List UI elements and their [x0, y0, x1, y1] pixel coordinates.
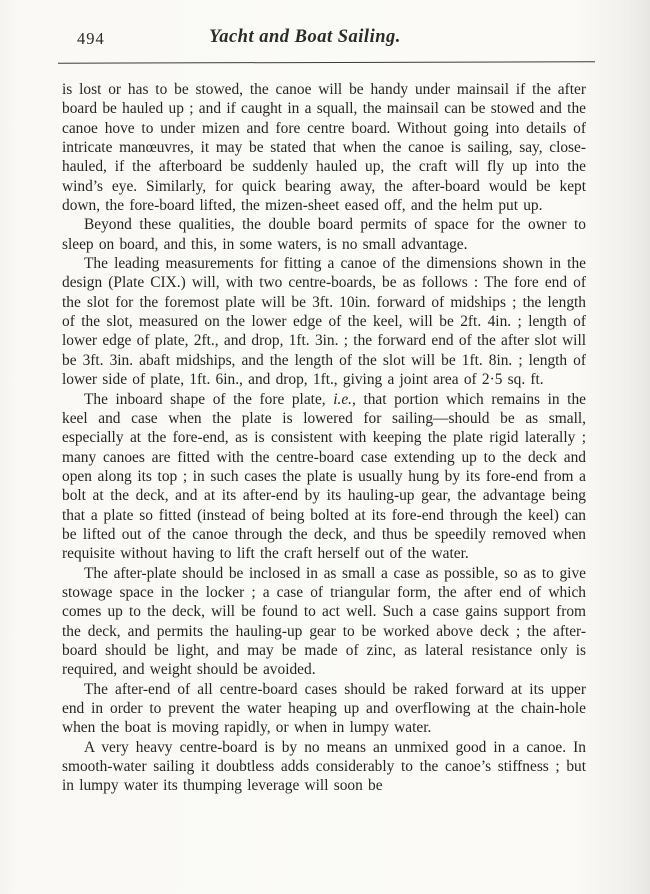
paragraph: Beyond these qualities, the double board… [62, 215, 586, 254]
paragraph: A very heavy centre-board is by no means… [62, 738, 586, 796]
text-run: The leading measurements for fitting a c… [62, 255, 586, 388]
paragraph: is lost or has to be stowed, the canoe w… [62, 80, 586, 215]
text-run: A very heavy centre-board is by no means… [62, 739, 586, 795]
paragraph: The leading measurements for fitting a c… [62, 254, 586, 389]
page-header: 494 Yacht and Boat Sailing. [62, 27, 588, 51]
running-title: Yacht and Boat Sailing. [62, 27, 548, 48]
paragraph: The inboard shape of the fore plate, i.e… [62, 390, 586, 564]
text-run: The after-end of all centre-board cases … [62, 681, 586, 737]
text-run: The after-plate should be inclosed in as… [62, 565, 586, 679]
text-run: Beyond these qualities, the double board… [62, 216, 586, 252]
book-page: 494 Yacht and Boat Sailing. is lost or h… [0, 0, 650, 894]
page-body: is lost or has to be stowed, the canoe w… [62, 80, 586, 796]
paragraph: The after-end of all centre-board cases … [62, 680, 586, 738]
header-rule-divider [58, 61, 595, 63]
text-run: , that portion which remains in the keel… [62, 391, 586, 563]
italic-text: i.e. [333, 391, 352, 408]
text-run: is lost or has to be stowed, the canoe w… [62, 81, 586, 214]
text-run: The inboard shape of the fore plate, [84, 391, 333, 408]
paragraph: The after-plate should be inclosed in as… [62, 564, 586, 680]
